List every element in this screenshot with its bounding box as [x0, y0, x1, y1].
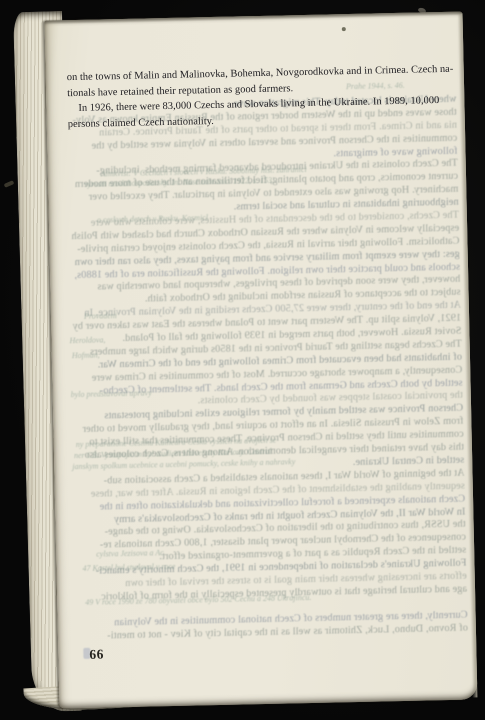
paper-speck [342, 27, 346, 31]
ghost-footnote-fragment: 49 V roce 1990 ze 780 obyvatel obce bylo… [85, 593, 311, 607]
ghost-footnote-fragment: bylo predstavoval upravy [71, 388, 152, 399]
book-photo: where Ukraine is located today. This mig… [0, 0, 485, 720]
ghost-footnote-fragment: cylstva Jezisova a Ac [96, 548, 164, 558]
page-number: 66 [89, 646, 104, 662]
body-text-block: on the towns of Malin and Malinovka, Boh… [67, 62, 442, 133]
photo-speck [4, 180, 15, 188]
book-page: where Ukraine is located today. This mig… [45, 12, 478, 709]
ghost-footnote-fragment: Hofman, [72, 351, 100, 361]
ghost-footnote-fragment: 47 Kostel byl studoval v roce [82, 562, 175, 573]
ghost-footnote-fragment: Heroldova, [69, 335, 105, 345]
ghost-footnote-fragment: Provadeni [84, 311, 117, 321]
ghost-footnote-fragment: o ceskych detech v Rusku, Kosmicl [97, 213, 208, 224]
